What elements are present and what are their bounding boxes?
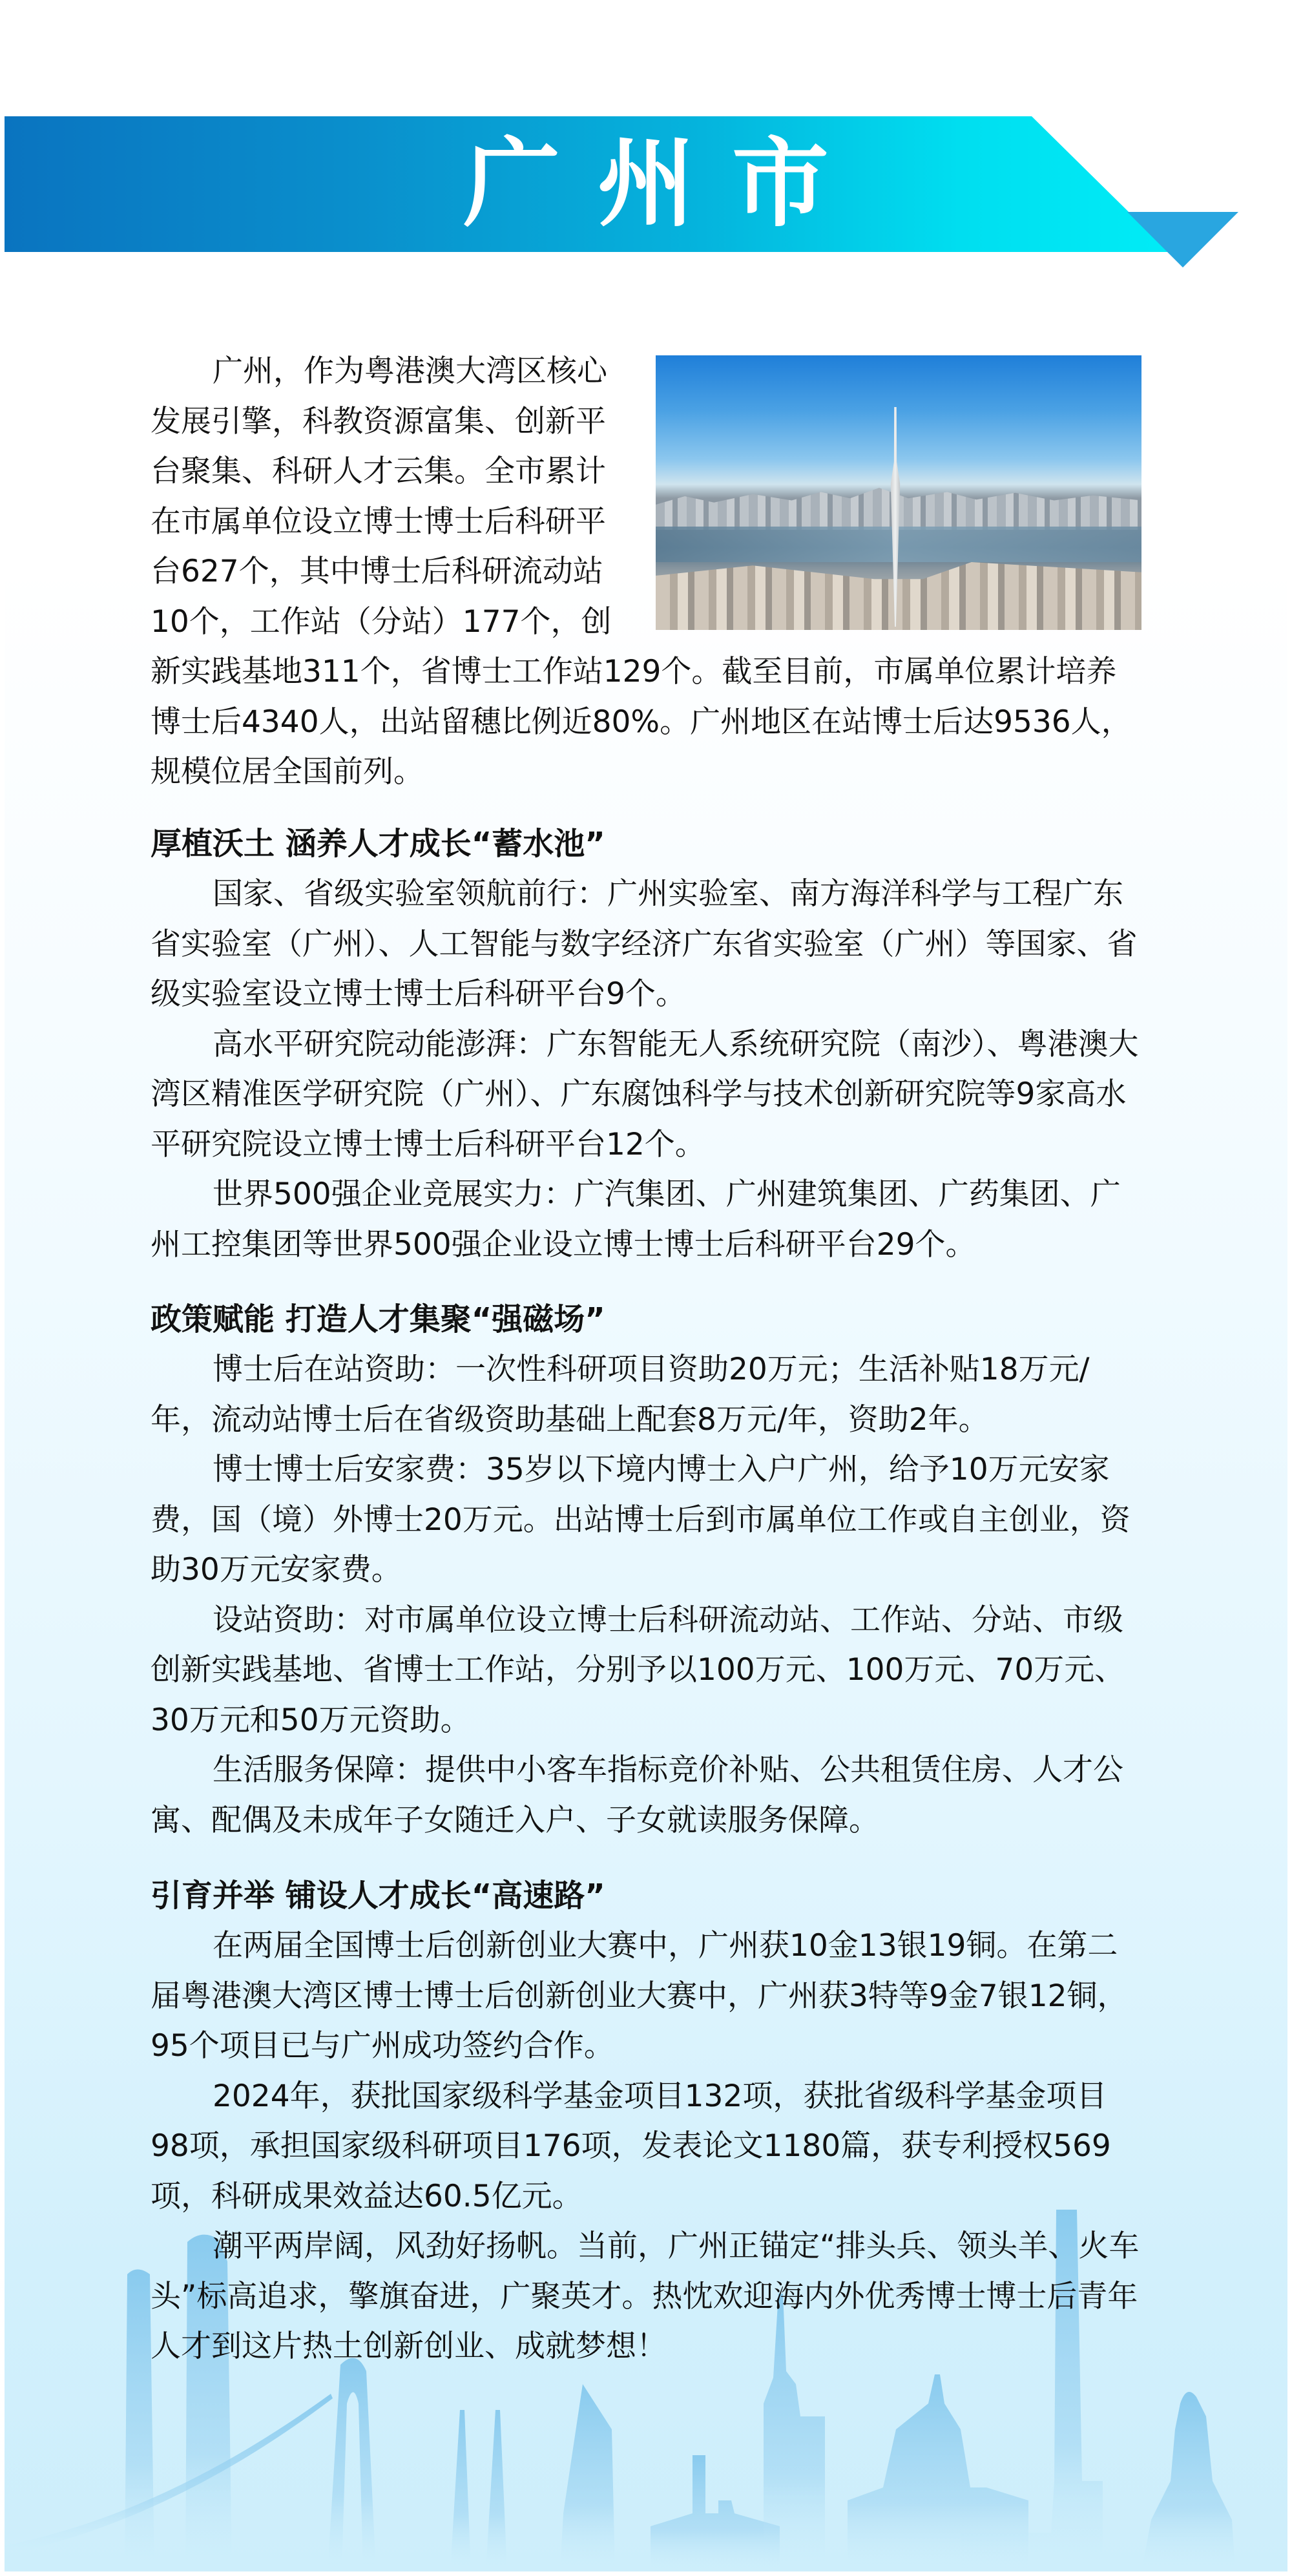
- section-paragraph: 潮平两岸阔，风劲好扬帆。当前，广州正锚定“排头兵、领头羊、火车头”标高追求，擎旗…: [151, 2221, 1142, 2372]
- section-paragraph: 国家、省级实验室领航前行：广州实验室、南方海洋科学与工程广东省实验室（广州）、人…: [151, 869, 1142, 1020]
- section-talent-highway: 引育并举 铺设人才成长“高速路” 在两届全国博士后创新创业大赛中，广州获10金1…: [151, 1871, 1142, 2372]
- intro-section: 广州，作为粤港澳大湾区核心发展引擎，科教资源富集、创新平台聚集、科研人才云集。全…: [151, 346, 1142, 797]
- section-heading: 引育并举 铺设人才成长“高速路”: [151, 1871, 1142, 1921]
- section-paragraph: 博士后在站资助：一次性科研项目资助20万元；生活补贴18万元/年，流动站博士后在…: [151, 1345, 1142, 1445]
- section-paragraph: 2024年，获批国家级科学基金项目132项，获批省级科学基金项目98项，承担国家…: [151, 2071, 1142, 2222]
- section-paragraph: 世界500强企业竞展实力：广汽集团、广州建筑集团、广药集团、广州工控集团等世界5…: [151, 1169, 1142, 1270]
- section-talent-pool: 厚植沃土 涵养人才成长“蓄水池” 国家、省级实验室领航前行：广州实验室、南方海洋…: [151, 819, 1142, 1270]
- section-paragraph: 高水平研究院动能澎湃：广东智能无人系统研究院（南沙）、粤港澳大湾区精准医学研究院…: [151, 1020, 1142, 1170]
- section-heading: 厚植沃土 涵养人才成长“蓄水池”: [151, 819, 1142, 869]
- section-policy: 政策赋能 打造人才集聚“强磁场” 博士后在站资助：一次性科研项目资助20万元；生…: [151, 1295, 1142, 1845]
- section-paragraph: 设站资助：对市属单位设立博士后科研流动站、工作站、分站、市级创新实践基地、省博士…: [151, 1595, 1142, 1746]
- section-paragraph: 博士博士后安家费：35岁以下境内博士入户广州，给予10万元安家费，国（境）外博士…: [151, 1445, 1142, 1595]
- section-paragraph: 生活服务保障：提供中小客车指标竞价补贴、公共租赁住房、人才公寓、配偶及未成年子女…: [151, 1745, 1142, 1845]
- section-paragraph: 在两届全国博士后创新创业大赛中，广州获10金13银19铜。在第二届粤港澳大湾区博…: [151, 1921, 1142, 2071]
- section-heading: 政策赋能 打造人才集聚“强磁场”: [151, 1295, 1142, 1345]
- photo-spacer: [632, 346, 1142, 647]
- page-title: 广州市: [0, 116, 1292, 252]
